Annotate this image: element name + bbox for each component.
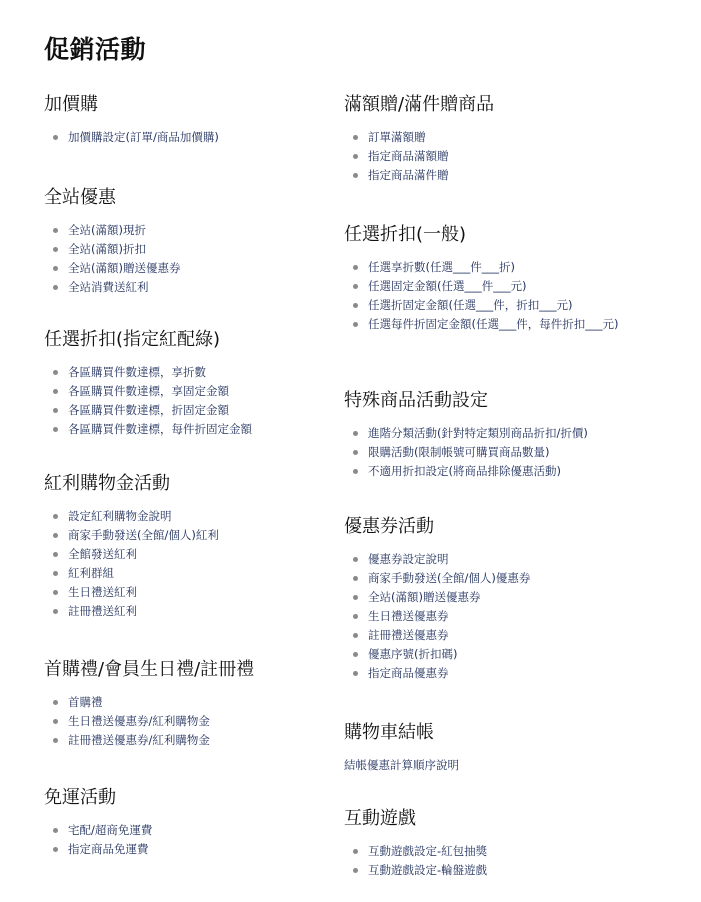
list-item: 各區購買件數達標，每件折固定金額 xyxy=(68,420,344,439)
link-list: 首購禮 生日禮送優惠券/紅利購物金 註冊禮送優惠券/紅利購物金 xyxy=(44,693,344,750)
section-special-products: 特殊商品活動設定 進階分類活動(針對特定類別商品折扣/折價) 限購活動(限制帳號… xyxy=(344,388,644,514)
link-item[interactable]: 生日禮送紅利 xyxy=(68,585,137,599)
section-interactive-games: 互動遊戲 互動遊戲設定-紅包抽獎 互動遊戲設定-輪盤遊戲 xyxy=(344,806,644,880)
section-title: 任選折扣(指定紅配綠) xyxy=(44,327,344,353)
link-item[interactable]: 生日禮送優惠券 xyxy=(368,609,449,623)
link-list: 加價購設定(訂單/商品加價購) xyxy=(44,128,344,147)
list-item: 生日禮送紅利 xyxy=(68,583,344,602)
link-item[interactable]: 優惠序號(折扣碼) xyxy=(368,647,457,661)
section-title: 免運活動 xyxy=(44,785,344,811)
section-gifts: 首購禮/會員生日禮/註冊禮 首購禮 生日禮送優惠券/紅利購物金 註冊禮送優惠券/… xyxy=(44,657,344,785)
list-item: 指定商品滿額贈 xyxy=(368,147,644,166)
link-list: 訂單滿額贈 指定商品滿額贈 指定商品滿件贈 xyxy=(344,128,644,185)
list-item: 商家手動發送(全館/個人)優惠券 xyxy=(368,569,644,588)
list-item: 註冊禮送優惠券 xyxy=(368,626,644,645)
section-title: 加價購 xyxy=(44,92,344,118)
list-item: 互動遊戲設定-紅包抽獎 xyxy=(368,842,644,861)
link-item[interactable]: 全站(滿額)贈送優惠券 xyxy=(68,261,180,275)
list-item: 任選固定金額(任選___件___元) xyxy=(368,277,628,296)
list-item: 全站(滿額)現折 xyxy=(68,221,344,240)
list-item: 全館發送紅利 xyxy=(68,545,344,564)
link-list: 互動遊戲設定-紅包抽獎 互動遊戲設定-輪盤遊戲 xyxy=(344,842,644,880)
link-item[interactable]: 宅配/超商免運費 xyxy=(68,823,152,837)
section-title: 任選折扣(一般) xyxy=(344,222,644,248)
link-item[interactable]: 商家手動發送(全館/個人)紅利 xyxy=(68,528,219,542)
link-item[interactable]: 指定商品滿件贈 xyxy=(368,168,449,182)
link-item[interactable]: 註冊禮送優惠券/紅利購物金 xyxy=(68,733,210,747)
link-item[interactable]: 各區購買件數達標，享折數 xyxy=(68,365,206,379)
list-item: 宅配/超商免運費 xyxy=(68,821,344,840)
link-item[interactable]: 各區購買件數達標，折固定金額 xyxy=(68,403,229,417)
link-list: 設定紅利購物金說明 商家手動發送(全館/個人)紅利 全館發送紅利 紅利群組 生日… xyxy=(44,507,344,621)
link-item[interactable]: 任選每件折固定金額(任選___件，每件折扣___元) xyxy=(368,317,618,331)
left-column: 加價購 加價購設定(訂單/商品加價購) 全站優惠 全站(滿額)現折 全站(滿額)… xyxy=(44,92,344,859)
section-mix-match-general: 任選折扣(一般) 任選享折數(任選___件___折) 任選固定金額(任選___件… xyxy=(344,222,644,388)
section-gift-with-purchase: 滿額贈/滿件贈商品 訂單滿額贈 指定商品滿額贈 指定商品滿件贈 xyxy=(344,92,644,222)
list-item: 設定紅利購物金說明 xyxy=(68,507,344,526)
list-item: 指定商品優惠券 xyxy=(368,664,644,683)
link-item[interactable]: 註冊禮送紅利 xyxy=(68,604,137,618)
list-item: 任選每件折固定金額(任選___件，每件折扣___元) xyxy=(368,315,628,334)
link-item[interactable]: 優惠券設定說明 xyxy=(368,552,449,566)
link-item[interactable]: 全館發送紅利 xyxy=(68,547,137,561)
section-add-on-purchase: 加價購 加價購設定(訂單/商品加價購) xyxy=(44,92,344,185)
list-item: 註冊禮送優惠券/紅利購物金 xyxy=(68,731,344,750)
link-item[interactable]: 生日禮送優惠券/紅利購物金 xyxy=(68,714,210,728)
link-item[interactable]: 全站(滿額)現折 xyxy=(68,223,146,237)
link-item[interactable]: 紅利群組 xyxy=(68,566,114,580)
list-item: 加價購設定(訂單/商品加價購) xyxy=(68,128,344,147)
link-item[interactable]: 不適用折扣設定(將商品排除優惠活動) xyxy=(368,464,561,478)
link-item[interactable]: 互動遊戲設定-輪盤遊戲 xyxy=(368,863,487,877)
section-title: 滿額贈/滿件贈商品 xyxy=(344,92,644,118)
section-bonus-points: 紅利購物金活動 設定紅利購物金說明 商家手動發送(全館/個人)紅利 全館發送紅利… xyxy=(44,471,344,657)
link-item[interactable]: 任選折固定金額(任選___件，折扣___元) xyxy=(368,298,572,312)
list-item: 註冊禮送紅利 xyxy=(68,602,344,621)
link-item[interactable]: 指定商品滿額贈 xyxy=(368,149,449,163)
list-item: 指定商品免運費 xyxy=(68,840,344,859)
link-item[interactable]: 各區購買件數達標，每件折固定金額 xyxy=(68,422,252,436)
link-item[interactable]: 各區購買件數達標，享固定金額 xyxy=(68,384,229,398)
list-item: 進階分類活動(針對特定類別商品折扣/折價) xyxy=(368,424,644,443)
link-list: 全站(滿額)現折 全站(滿額)折扣 全站(滿額)贈送優惠券 全站消費送紅利 xyxy=(44,221,344,297)
link-item[interactable]: 指定商品優惠券 xyxy=(368,666,449,680)
list-item: 首購禮 xyxy=(68,693,344,712)
section-free-shipping: 免運活動 宅配/超商免運費 指定商品免運費 xyxy=(44,785,344,859)
link-add-on-settings[interactable]: 加價購設定(訂單/商品加價購) xyxy=(68,130,219,144)
list-item: 任選享折數(任選___件___折) xyxy=(368,258,628,277)
link-item[interactable]: 訂單滿額贈 xyxy=(368,130,426,144)
link-item[interactable]: 設定紅利購物金說明 xyxy=(68,509,172,523)
link-item[interactable]: 進階分類活動(針對特定類別商品折扣/折價) xyxy=(368,426,588,440)
right-column: 滿額贈/滿件贈商品 訂單滿額贈 指定商品滿額贈 指定商品滿件贈 任選折扣(一般)… xyxy=(344,92,644,880)
list-item: 優惠券設定說明 xyxy=(368,550,644,569)
link-list: 宅配/超商免運費 指定商品免運費 xyxy=(44,821,344,859)
section-coupons: 優惠券活動 優惠券設定說明 商家手動發送(全館/個人)優惠券 全站(滿額)贈送優… xyxy=(344,514,644,720)
list-item: 全站(滿額)折扣 xyxy=(68,240,344,259)
list-item: 限購活動(限制帳號可購買商品數量) xyxy=(368,443,644,462)
link-list: 各區購買件數達標，享折數 各區購買件數達標，享固定金額 各區購買件數達標，折固定… xyxy=(44,363,344,439)
section-title: 優惠券活動 xyxy=(344,514,644,540)
link-list: 任選享折數(任選___件___折) 任選固定金額(任選___件___元) 任選折… xyxy=(344,258,628,334)
link-item[interactable]: 指定商品免運費 xyxy=(68,842,149,856)
link-item[interactable]: 註冊禮送優惠券 xyxy=(368,628,449,642)
list-item: 全站消費送紅利 xyxy=(68,278,344,297)
section-title: 特殊商品活動設定 xyxy=(344,388,644,414)
link-list: 優惠券設定說明 商家手動發送(全館/個人)優惠券 全站(滿額)贈送優惠券 生日禮… xyxy=(344,550,644,683)
list-item: 指定商品滿件贈 xyxy=(368,166,644,185)
list-item: 互動遊戲設定-輪盤遊戲 xyxy=(368,861,644,880)
list-item: 各區購買件數達標，享折數 xyxy=(68,363,344,382)
link-item[interactable]: 任選固定金額(任選___件___元) xyxy=(368,279,526,293)
link-item[interactable]: 限購活動(限制帳號可購買商品數量) xyxy=(368,445,549,459)
list-item: 紅利群組 xyxy=(68,564,344,583)
link-item[interactable]: 商家手動發送(全館/個人)優惠券 xyxy=(368,571,530,585)
list-item: 全站(滿額)贈送優惠券 xyxy=(368,588,644,607)
link-item[interactable]: 全站(滿額)贈送優惠券 xyxy=(368,590,480,604)
list-item: 訂單滿額贈 xyxy=(368,128,644,147)
list-item: 全站(滿額)贈送優惠券 xyxy=(68,259,344,278)
section-title: 全站優惠 xyxy=(44,185,344,211)
link-item[interactable]: 互動遊戲設定-紅包抽獎 xyxy=(368,844,487,858)
section-cart-checkout: 購物車結帳 結帳優惠計算順序說明 xyxy=(344,720,644,806)
list-item: 生日禮送優惠券/紅利購物金 xyxy=(68,712,344,731)
list-item: 各區購買件數達標，享固定金額 xyxy=(68,382,344,401)
section-title: 購物車結帳 xyxy=(344,720,644,746)
list-item: 優惠序號(折扣碼) xyxy=(368,645,644,664)
section-sitewide-discount: 全站優惠 全站(滿額)現折 全站(滿額)折扣 全站(滿額)贈送優惠券 全站消費送… xyxy=(44,185,344,327)
section-mix-match-discount: 任選折扣(指定紅配綠) 各區購買件數達標，享折數 各區購買件數達標，享固定金額 … xyxy=(44,327,344,471)
link-item[interactable]: 全站消費送紅利 xyxy=(68,280,149,294)
list-item: 生日禮送優惠券 xyxy=(368,607,644,626)
link-item[interactable]: 全站(滿額)折扣 xyxy=(68,242,146,256)
link-item[interactable]: 任選享折數(任選___件___折) xyxy=(368,260,515,274)
section-title: 首購禮/會員生日禮/註冊禮 xyxy=(44,657,344,683)
link-item[interactable]: 首購禮 xyxy=(68,695,103,709)
link-checkout-order[interactable]: 結帳優惠計算順序說明 xyxy=(344,756,644,775)
list-item: 各區購買件數達標，折固定金額 xyxy=(68,401,344,420)
page-title: 促銷活動 xyxy=(44,30,146,66)
list-item: 不適用折扣設定(將商品排除優惠活動) xyxy=(368,462,644,481)
link-list: 進階分類活動(針對特定類別商品折扣/折價) 限購活動(限制帳號可購買商品數量) … xyxy=(344,424,644,481)
section-title: 互動遊戲 xyxy=(344,806,644,832)
section-title: 紅利購物金活動 xyxy=(44,471,344,497)
list-item: 商家手動發送(全館/個人)紅利 xyxy=(68,526,344,545)
list-item: 任選折固定金額(任選___件，折扣___元) xyxy=(368,296,628,315)
